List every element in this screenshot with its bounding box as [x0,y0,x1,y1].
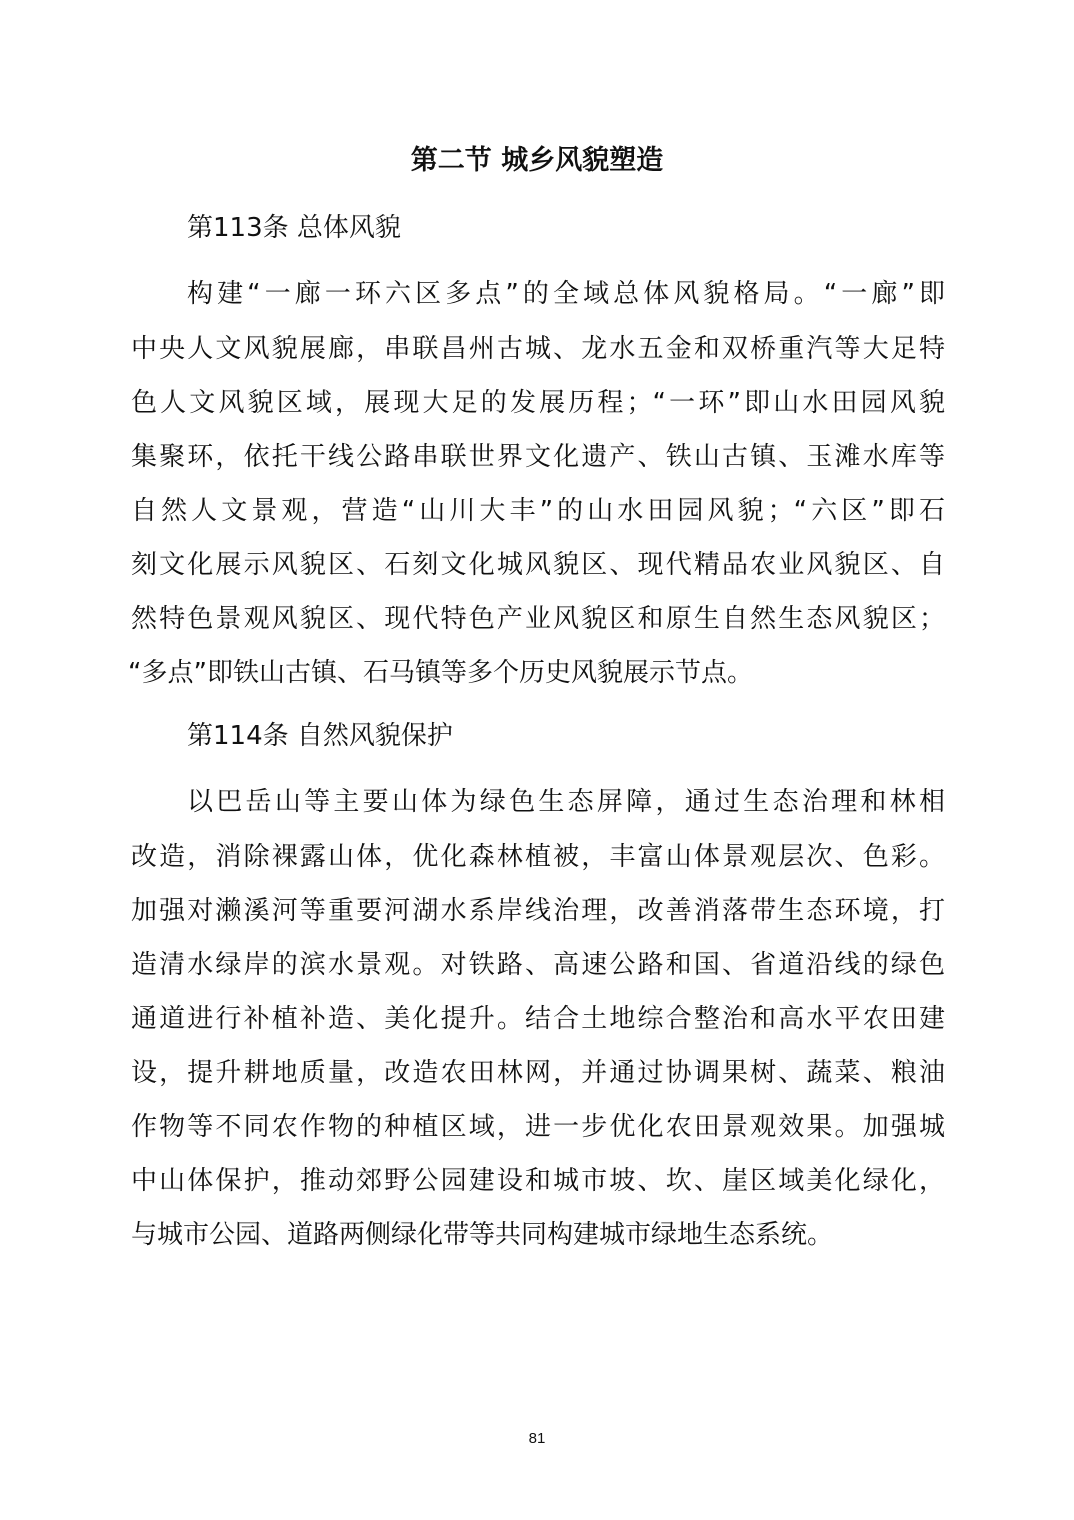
paragraph-line: 集聚环，依托干线公路串联世界文化遗产、铁山古镇、玉滩水库等 [131,437,945,477]
paragraph-line: 自然人文景观，营造“山川大丰”的山水田园风貌；“六区”即石 [131,491,945,531]
paragraph-line: 构建“一廊一环六区多点”的全域总体风貌格局。“一廊”即 [187,274,945,314]
paragraph-line: 中央人文风貌展廊，串联昌州古城、龙水五金和双桥重汽等大足特 [131,329,945,369]
paragraph-line: 设，提升耕地质量，改造农田林网，并通过协调果树、蔬菜、粮油 [131,1053,945,1093]
paragraph-line: 通道进行补植补造、美化提升。结合土地综合整治和高水平农田建 [131,999,945,1039]
paragraph-line: 造清水绿岸的滨水景观。对铁路、高速公路和国、省道沿线的绿色 [131,945,945,985]
paragraph-line: 中山体保护，推动郊野公园建设和城市坡、坎、崖区域美化绿化， [131,1161,945,1201]
document-page: 第二节 城乡风貌塑造 第113条 总体风貌 构建“一廊一环六区多点”的全域总体风… [0,0,1074,1520]
article-114-heading: 第114条 自然风貌保护 [187,716,453,756]
article-113-heading: 第113条 总体风貌 [187,208,401,248]
paragraph-line: “多点”即铁山古镇、石马镇等多个历史风貌展示节点。 [128,653,942,693]
paragraph-line: 与城市公园、道路两侧绿化带等共同构建城市绿地生态系统。 [131,1215,945,1255]
paragraph-line: 色人文风貌区域，展现大足的发展历程；“一环”即山水田园风貌 [131,383,945,423]
paragraph-line: 以巴岳山等主要山体为绿色生态屏障，通过生态治理和林相 [187,782,945,822]
paragraph-line: 作物等不同农作物的种植区域，进一步优化农田景观效果。加强城 [131,1107,945,1147]
section-title: 第二节 城乡风貌塑造 [0,139,1074,183]
paragraph-line: 改造，消除裸露山体，优化森林植被，丰富山体景观层次、色彩。 [131,837,945,877]
paragraph-line: 然特色景观风貌区、现代特色产业风貌区和原生自然生态风貌区； [131,599,945,639]
paragraph-line: 刻文化展示风貌区、石刻文化城风貌区、现代精品农业风貌区、自 [131,545,945,585]
paragraph-line: 加强对濑溪河等重要河湖水系岸线治理，改善消落带生态环境，打 [131,891,945,931]
page-number: 81 [0,1429,1074,1449]
